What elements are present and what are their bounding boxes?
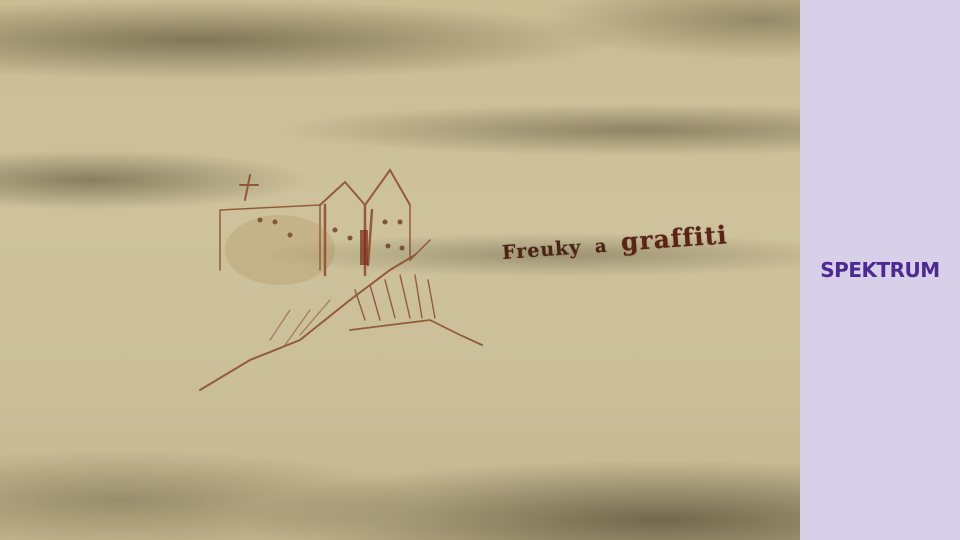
brand-sidebar: SPEKTRUM	[800, 0, 960, 540]
castle-sketch-icon	[190, 160, 490, 400]
caption-text: Freuky a graffiti	[501, 220, 729, 265]
spektrum-logo: SPEKTRUM	[820, 258, 939, 282]
caption-word-1: Freuky	[501, 236, 582, 263]
caption-word-2: a	[594, 236, 608, 258]
caption-word-3: graffiti	[620, 220, 729, 256]
parchment-image: Freuky a graffiti	[0, 0, 800, 540]
